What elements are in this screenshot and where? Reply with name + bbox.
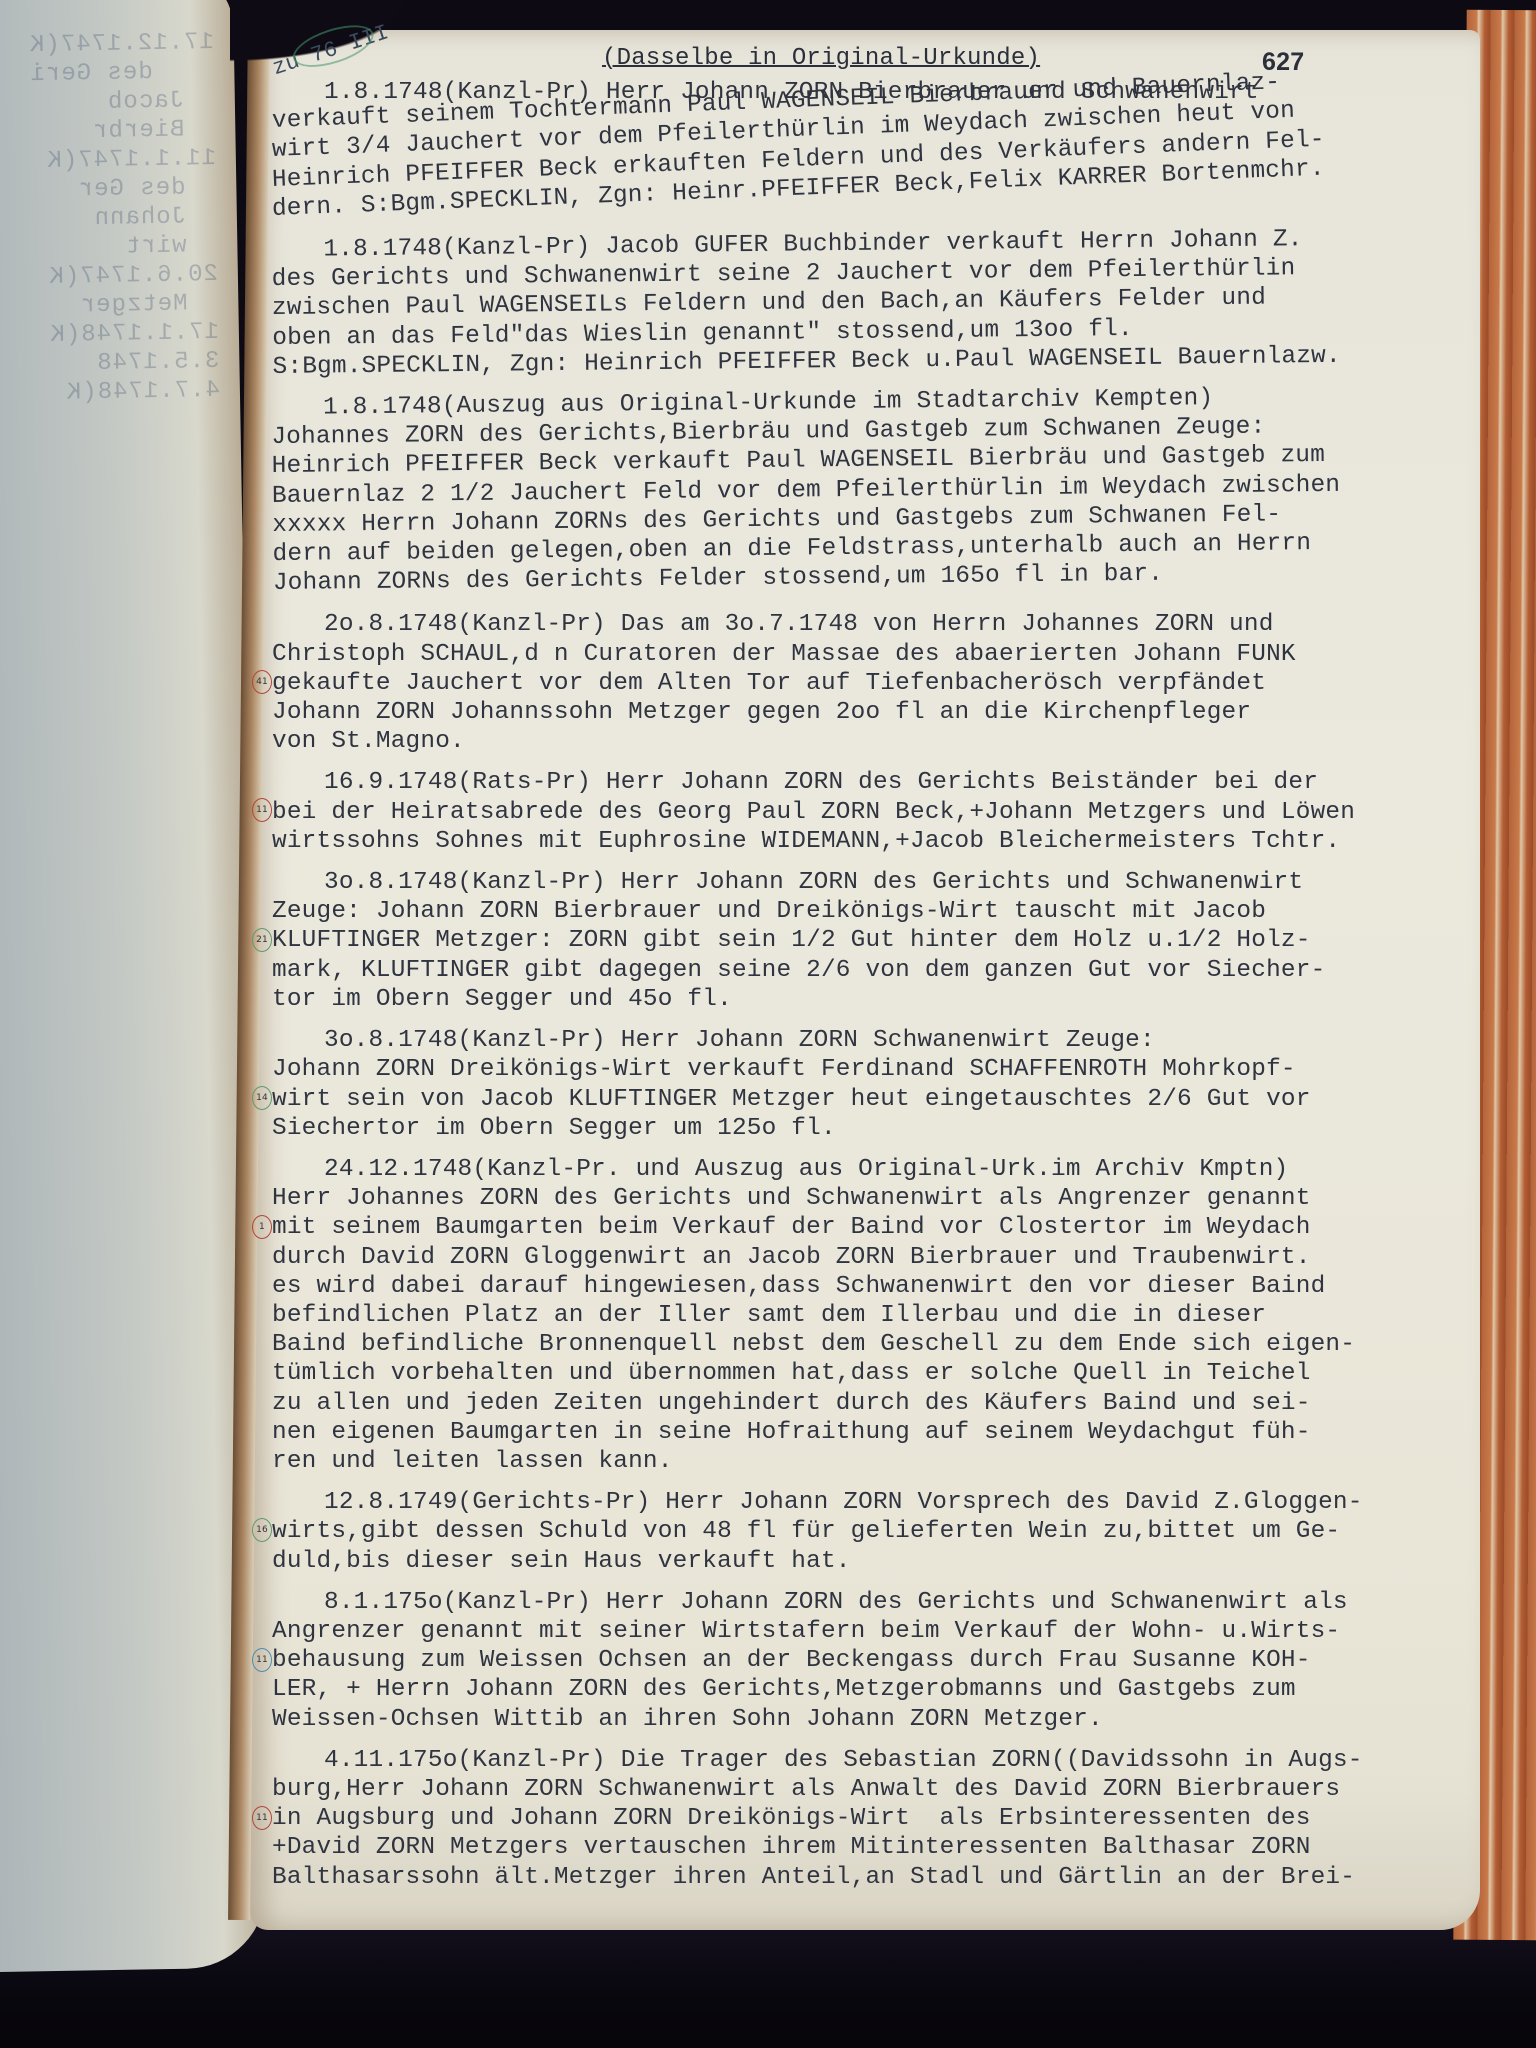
text-line: es wird dabei darauf hingewiesen,dass Sc… [272, 1272, 1482, 1301]
text-line: Siechertor im Obern Segger um 125o fl. [272, 1114, 1482, 1143]
text-line: 2o.8.1748(Kanzl-Pr) Das am 3o.7.1748 von… [272, 610, 1482, 639]
margin-annotation-circle: 14 [252, 1086, 272, 1110]
text-line: ren und leiten lassen kann. [272, 1447, 1482, 1476]
text-line: 4.11.175o(Kanzl-Pr) Die Trager des Sebas… [272, 1746, 1482, 1775]
text-line: tümlich vorbehalten und übernommen hat,d… [272, 1359, 1482, 1388]
text-line: Angrenzer genannt mit seiner Wirtstafern… [272, 1617, 1482, 1646]
text-line: in Augsburg und Johann ZORN Dreikönigs-W… [272, 1804, 1482, 1833]
text-line: Balthasarssohn ält.Metzger ihren Anteil,… [272, 1863, 1482, 1892]
entry: 213o.8.1748(Kanzl-Pr) Herr Johann ZORN d… [272, 868, 1482, 1014]
text-line: 3o.8.1748(Kanzl-Pr) Herr Johann ZORN Sch… [272, 1026, 1482, 1055]
entry: 143o.8.1748(Kanzl-Pr) Herr Johann ZORN S… [272, 1026, 1482, 1143]
text-line: Christoph SCHAUL,d n Curatoren der Massa… [272, 640, 1482, 669]
text-line: Herr Johannes ZORN des Gerichts und Schw… [272, 1184, 1482, 1213]
entries-list: 1.8.1748(Kanzl-Pr) Herr Johann ZORN Bier… [272, 78, 1482, 1892]
entry: 412o.8.1748(Kanzl-Pr) Das am 3o.7.1748 v… [272, 610, 1482, 756]
text-line: Baind befindliche Bronnenquell nebst dem… [272, 1330, 1482, 1359]
text-line: 24.12.1748(Kanzl-Pr. und Auszug aus Orig… [272, 1155, 1482, 1184]
margin-annotation-circle: 11 [252, 1806, 272, 1830]
text-line: burg,Herr Johann ZORN Schwanenwirt als A… [272, 1775, 1482, 1804]
text-line: bei der Heiratsabrede des Georg Paul ZOR… [272, 798, 1482, 827]
margin-annotation-circle: 21 [252, 928, 272, 952]
entry: 114.11.175o(Kanzl-Pr) Die Trager des Seb… [272, 1746, 1482, 1892]
text-line: Weissen-Ochsen Wittib an ihren Sohn Joha… [272, 1705, 1482, 1734]
entry: 1612.8.1749(Gerichts-Pr) Herr Johann ZOR… [272, 1488, 1482, 1576]
entry: 1.8.1748(Auszug aus Original-Urkunde im … [271, 381, 1483, 598]
entry: 124.12.1748(Kanzl-Pr. und Auszug aus Ori… [272, 1155, 1482, 1476]
margin-annotation-circle: 11 [252, 1648, 272, 1672]
text-line: Zeuge: Johann ZORN Bierbrauer und Dreikö… [272, 897, 1482, 926]
margin-annotation-circle: 1 [252, 1215, 272, 1239]
text-line: 8.1.175o(Kanzl-Pr) Herr Johann ZORN des … [272, 1588, 1482, 1617]
text-line: wirts,gibt dessen Schuld von 48 fl für g… [272, 1517, 1482, 1546]
text-line: behausung zum Weissen Ochsen an der Beck… [272, 1646, 1482, 1675]
text-line: nen eigenen Baumgarten in seine Hofraith… [272, 1418, 1482, 1447]
text-line: 3o.8.1748(Kanzl-Pr) Herr Johann ZORN des… [272, 868, 1482, 897]
text-line: KLUFTINGER Metzger: ZORN gibt sein 1/2 G… [272, 926, 1482, 955]
text-line: wirtssohns Sohnes mit Euphrosine WIDEMAN… [272, 827, 1482, 856]
page-content: zu 76 III (Dasselbe in Original-Urkunde)… [272, 48, 1482, 1904]
text-line: von St.Magno. [272, 727, 1482, 756]
left-page: 17.12.1747(K des Geri Jacob Bierbr 11.1.… [0, 0, 267, 1972]
text-line: durch David ZORN Gloggenwirt an Jacob ZO… [272, 1243, 1482, 1272]
text-line: LER, + Herrn Johann ZORN des Gerichts,Me… [272, 1675, 1482, 1704]
text-line: mit seinem Baumgarten beim Verkauf der B… [272, 1213, 1482, 1242]
text-line: +David ZORN Metzgers vertauschen ihrem M… [272, 1833, 1482, 1862]
text-line: Johann ZORN Johannssohn Metzger gegen 2o… [272, 698, 1482, 727]
margin-annotation-circle: 16 [252, 1518, 272, 1542]
text-line: mark, KLUFTINGER gibt dagegen seine 2/6 … [272, 956, 1482, 985]
text-line: 12.8.1749(Gerichts-Pr) Herr Johann ZORN … [272, 1488, 1482, 1517]
entry: 1.8.1748(Kanzl-Pr) Jacob GUFER Buchbinde… [271, 223, 1482, 382]
text-line: gekaufte Jauchert vor dem Alten Tor auf … [272, 669, 1482, 698]
heading-note: (Dasselbe in Original-Urkunde) [602, 44, 1040, 73]
text-line: wirt sein von Jacob KLUFTINGER Metzger h… [272, 1085, 1482, 1114]
entry: 1116.9.1748(Rats-Pr) Herr Johann ZORN de… [272, 768, 1482, 856]
text-line: tor im Obern Segger und 45o fl. [272, 985, 1482, 1014]
entry: 1.8.1748(Kanzl-Pr) Herr Johann ZORN Bier… [272, 78, 1482, 224]
text-line: 16.9.1748(Rats-Pr) Herr Johann ZORN des … [272, 768, 1482, 797]
text-line: befindlichen Platz an der Iller samt dem… [272, 1301, 1482, 1330]
text-line: duld,bis dieser sein Haus verkauft hat. [272, 1547, 1482, 1576]
text-line: zu allen und jeden Zeiten ungehindert du… [272, 1389, 1482, 1418]
left-page-bleedthrough-text: 17.12.1747(K des Geri Jacob Bierbr 11.1.… [0, 28, 220, 409]
text-line: Johann ZORN Dreikönigs-Wirt verkauft Fer… [272, 1055, 1482, 1084]
entry: 118.1.175o(Kanzl-Pr) Herr Johann ZORN de… [272, 1588, 1482, 1734]
